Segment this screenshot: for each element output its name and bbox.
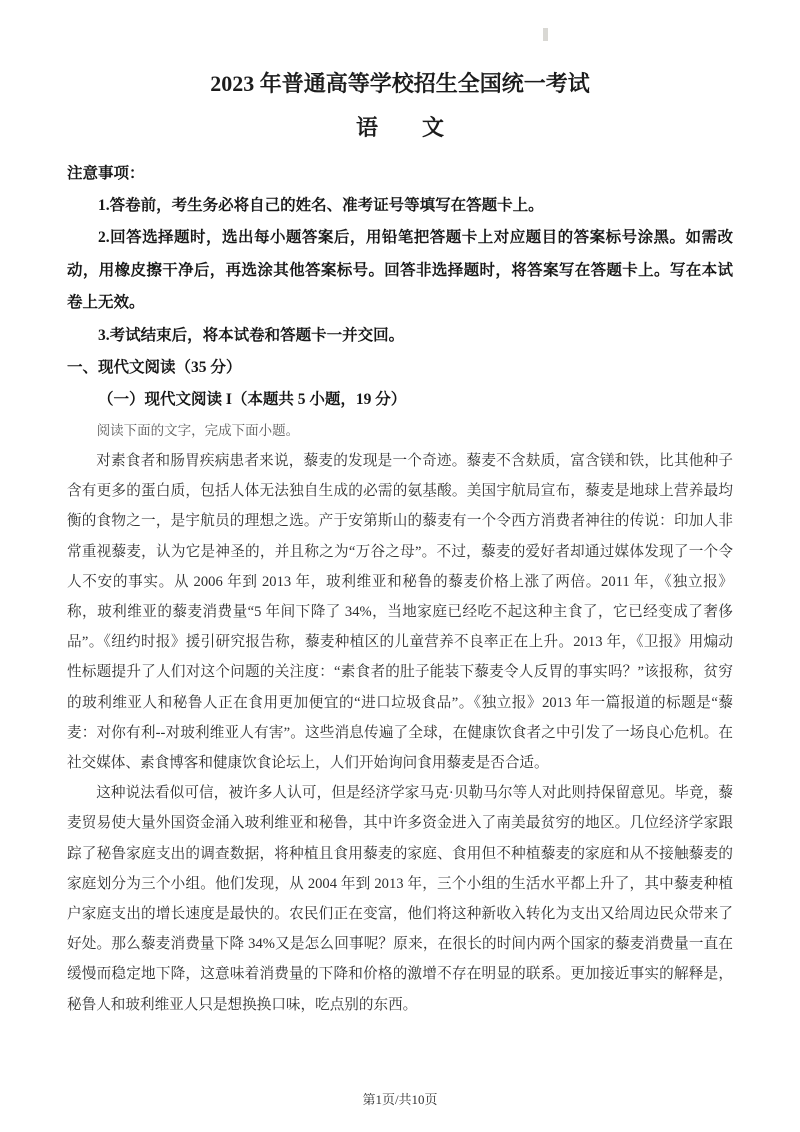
scan-artifact-mark [543, 28, 548, 41]
reading-passage-paragraph-2: 这种说法看似可信，被许多人认可，但是经济学家马克·贝勒马尔等人对此则持保留意见。… [67, 778, 733, 1020]
notice-item-2: 2.回答选择题时，选出每小题答案后，用铅笔把答题卡上对应题目的答案标号涂黑。如需… [67, 222, 733, 319]
section-subheading: （一）现代文阅读 I（本题共 5 小题，19 分） [67, 384, 733, 416]
reading-instruction: 阅读下面的文字，完成下面小题。 [67, 416, 733, 446]
notice-item-3: 3.考试结束后，将本试卷和答题卡一并交回。 [67, 320, 733, 352]
section-heading: 一、现代文阅读（35 分） [67, 352, 733, 384]
page-number-footer: 第1页/共10页 [0, 1089, 800, 1108]
exam-paper-page: 2023 年普通高等学校招生全国统一考试 语 文 注意事项： 1.答卷前，考生务… [0, 0, 800, 1132]
notice-item-1: 1.答卷前，考生务必将自己的姓名、准考证号等填写在答题卡上。 [67, 190, 733, 222]
subject-title: 语 文 [67, 112, 733, 144]
reading-passage-paragraph-1: 对素食者和肠胃疾病患者来说，藜麦的发现是一个奇迹。藜麦不含麸质，富含镁和铁，比其… [67, 446, 733, 778]
notice-heading: 注意事项： [67, 158, 733, 190]
page-title: 2023 年普通高等学校招生全国统一考试 [67, 68, 733, 100]
